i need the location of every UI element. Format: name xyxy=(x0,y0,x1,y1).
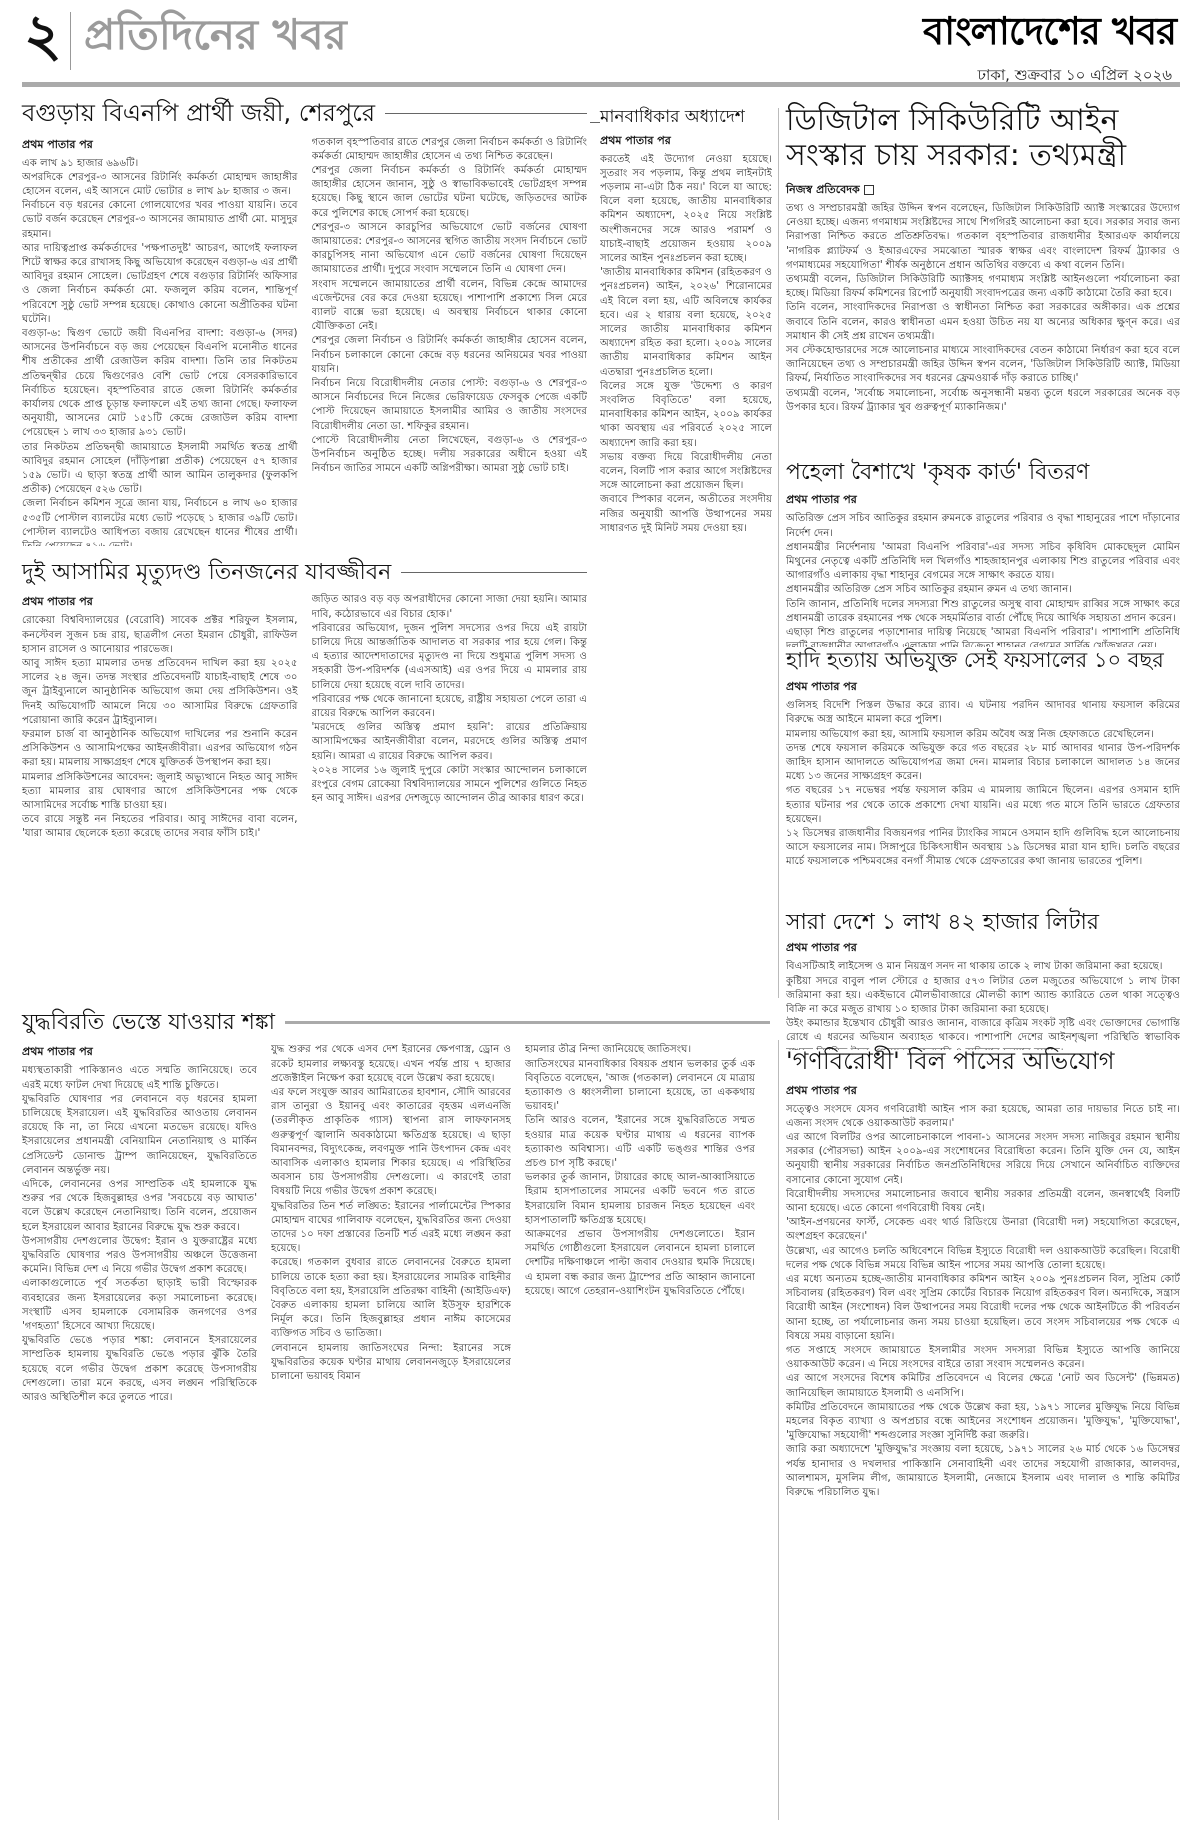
paragraph: করেছে। গতকাল বুধবার রাতে লেবাননের বৈরুতে… xyxy=(271,1256,511,1341)
paragraph: ফরমাল চার্জ বা আনুষ্ঠানিক অভিযোগ দাখিলের… xyxy=(22,728,298,771)
paragraph: ১২ ডিসেম্বর রাজধানীর বিজয়নগর পানির ট্যা… xyxy=(786,827,1180,870)
paragraph: তথ্যমন্ত্রী বলেন, 'সর্বোচ্চ সমালোচনা, সর… xyxy=(786,387,1180,415)
paragraph: মধ্যস্থতাকারী পাকিস্তানও এতে সম্মতি জানি… xyxy=(22,1064,257,1092)
article-body: জড়িত আরও বড় বড় অপরাধীদের কোনো সাজা দে… xyxy=(312,593,588,806)
paragraph: তথ্যমন্ত্রী বলেন, ডিজিটাল সিকিউরিটি অ্যা… xyxy=(786,273,1180,301)
paragraph: গুলিসহ বিদেশি পিস্তল উদ্ধার করে র‍্যাব। … xyxy=(786,699,1180,727)
paragraph: এর আগে বিলটির ওপর আলোচনাকালে পাবনা-১ আসন… xyxy=(786,1131,1180,1188)
paragraph: পোস্টে বিরোধীদলীয় নেতা লিখেছেন, বগুড়া-… xyxy=(312,434,588,477)
paragraph: অপরদিকে শেরপুর-৩ আসনের রিটার্নিং কর্মকর্… xyxy=(22,171,298,199)
paragraph: করতেই এই উদ্যোগ নেওয়া হয়েছে। সুতরাং সব… xyxy=(600,153,772,267)
page-number: ২ xyxy=(24,6,62,64)
headline: যুদ্ধবিরতি ভেস্তে যাওয়ার শঙ্কা xyxy=(22,1010,275,1035)
header-rule xyxy=(22,82,1180,87)
byline: নিজস্ব প্রতিবেদক xyxy=(786,183,860,196)
paragraph: তথ্য ও সম্প্রচারমন্ত্রী জহির উদ্দিন স্বপ… xyxy=(786,202,1180,273)
paragraph: প্রধানমন্ত্রীর অতিরিক্ত প্রেস সচিব আতিকু… xyxy=(786,583,1180,597)
section-title: প্রতিদিনের খবর xyxy=(84,14,347,56)
continued-label: প্রথম পাতার পর xyxy=(786,939,1180,958)
headline: দুই আসামির মৃত্যুদণ্ড তিনজনের যাবজ্জীবন xyxy=(22,560,391,585)
paragraph: অতিরিক্ত প্রেস সচিব আতিকুর রহমান রুমনকে … xyxy=(786,512,1180,540)
paragraph: ২০২৪ সালের ১৬ জুলাই দুপুরে কোটা সংস্কার … xyxy=(312,764,588,807)
article-digital-security: ডিজিটাল সিকিউরিটি আইন সংস্কার চায় সরকার… xyxy=(786,104,1180,454)
paragraph: আর দায়িত্বপ্রাপ্ত কর্মকর্তাদের 'পক্ষপাত… xyxy=(22,242,298,327)
article-body: তথ্য ও সম্প্রচারমন্ত্রী জহির উদ্দিন স্বপ… xyxy=(786,202,1180,437)
paragraph: গত বছরের ১৭ নভেম্বর পর্যন্ত ফয়সাল করিম … xyxy=(786,784,1180,827)
article-body: এক লাখ ৯১ হাজার ৬৯৬টি। অপরদিকে শেরপুর-৩ … xyxy=(22,157,298,546)
article-body: সত্ত্বেও সংসদে যেসব গণবিরোধী আইন পাস করা… xyxy=(786,1103,1180,1833)
article-column: প্রথম পাতার পর রোকেয়া বিশ্ববিদ্যালয়ের … xyxy=(22,593,298,988)
paragraph: তিনি আরও বলেন, 'ইরানের সঙ্গে যুদ্ধবিরতিত… xyxy=(525,1114,755,1171)
headline: সারা দেশে ১ লাখ ৪২ হাজার লিটার xyxy=(786,910,1180,935)
headline-rule xyxy=(385,113,587,114)
byline-box-icon xyxy=(864,185,874,195)
article-column: গতকাল বৃহস্পতিবার রাতে শেরপুর জেলা নির্ব… xyxy=(312,136,588,546)
paragraph: সংবাদ সম্মেলনে জামায়াতের প্রার্থী বলেন,… xyxy=(312,278,588,335)
continued-label: প্রথম পাতার পর xyxy=(600,132,772,151)
paragraph: কমিটির প্রতিবেদনে জামায়াতের পক্ষ থেকে উ… xyxy=(786,1401,1180,1444)
paragraph: 'মরদেহে গুলির অস্তিত্ব প্রমাণ হয়নি': রা… xyxy=(312,721,588,764)
paragraph: জড়িত আরও বড় বড় অপরাধীদের কোনো সাজা দে… xyxy=(312,593,588,621)
article-column: যুদ্ধ শুরুর পর থেকে এসব দেশ ইরানের ক্ষেপ… xyxy=(271,1043,511,1813)
article-column: প্রথম পাতার পর মধ্যস্থতাকারী পাকিস্তানও … xyxy=(22,1043,257,1813)
paragraph: হামলার তীব্র নিন্দা জানিয়েছে জাতিসংঘ। xyxy=(525,1043,755,1057)
paragraph: সব স্টেকহোল্ডারদের সঙ্গে আলোচনার মাধ্যমে… xyxy=(786,344,1180,387)
article-column: হামলার তীব্র নিন্দা জানিয়েছে জাতিসংঘ। জ… xyxy=(525,1043,755,1813)
paragraph: মামলার প্রসিকিউশনের আবেদন: জুলাই অভ্যুত্… xyxy=(22,771,298,814)
paragraph: গত সপ্তাহে সংসদে জামায়াতে ইসলামীর সংসদ … xyxy=(786,1344,1180,1372)
paragraph: আবু সাঈদ হত্যা মামলার তদন্ত প্রতিবেদন দা… xyxy=(22,657,298,728)
paragraph: ভলকার তুর্ক জানান, টায়ারের কাছে আল-আব্ব… xyxy=(525,1171,755,1228)
article-body: হামলার তীব্র নিন্দা জানিয়েছে জাতিসংঘ। জ… xyxy=(525,1043,755,1299)
paragraph: এর মধ্যে অন্যতম হচ্ছে-জাতীয় মানবাধিকার … xyxy=(786,1273,1180,1344)
article-anti-people-bill: 'গণবিরোধী' বিল পাসের অভিযোগ প্রথম পাতার … xyxy=(786,1048,1180,1828)
article-body: গতকাল বৃহস্পতিবার রাতে শেরপুর জেলা নির্ব… xyxy=(312,136,588,477)
headline-line-2: সংস্কার চায় সরকার: তথ্যমন্ত্রী xyxy=(786,139,1180,174)
paragraph: জাতিসংঘের মানবাধিকার বিষয়ক প্রধান ভলকার… xyxy=(525,1058,755,1115)
paragraph: এর আগে সংসদের বিশেষ কমিটির প্রতিবেদনে এ … xyxy=(786,1372,1180,1400)
column-divider xyxy=(778,108,779,998)
paragraph: লেবাননে হামলায় জাতিসংঘের নিন্দা: ইরানের… xyxy=(271,1342,511,1385)
paragraph: তার নিকটতম প্রতিদ্বন্দ্বী জামায়াতে ইসলা… xyxy=(22,441,298,498)
article-column: জড়িত আরও বড় বড় অপরাধীদের কোনো সাজা দে… xyxy=(312,593,588,988)
paragraph: তবে রায়ে সন্তুষ্ট নন নিহতের পরিবার। আবু… xyxy=(22,813,298,841)
headline-rule xyxy=(590,122,600,123)
headline: 'গণবিরোধী' বিল পাসের অভিযোগ xyxy=(786,1048,1180,1076)
paragraph: শেরপুর জেলা নির্বাচন ও রিটার্নিং কর্মকর্… xyxy=(312,334,588,377)
paragraph: এলাকাগুলোতে পূর্ব সতর্কতা ছাড়াই ভারী বি… xyxy=(22,1277,257,1334)
continued-label: প্রথম পাতার পর xyxy=(786,678,1180,697)
article-body: করতেই এই উদ্যোগ নেওয়া হয়েছে। সুতরাং সব… xyxy=(600,153,772,1003)
paragraph: যুদ্ধবিরতি ভেঙে পড়ার শঙ্কা: লেবাননে ইসর… xyxy=(22,1334,257,1405)
article-hadi-murder: হাদি হত্যায় অভিযুক্ত সেই ফয়সালের ১০ বছ… xyxy=(786,648,1180,908)
paragraph: তিনি বলেন, সাংবাদিকদের নিরাপত্তা ও স্বাধ… xyxy=(786,301,1180,344)
headline: পহেলা বৈশাখে 'কৃষক কার্ড' বিতরণ xyxy=(786,460,1180,485)
headline: বগুড়ায় বিএনপি প্রার্থী জয়ী, শেরপুরে xyxy=(22,100,375,128)
paragraph: বগুড়া-৬: দ্বিগুণ ভোটে জয়ী বিএনপির বাদশ… xyxy=(22,327,298,441)
paragraph: এক লাখ ৯১ হাজার ৬৯৬টি। xyxy=(22,157,298,171)
paragraph: যুদ্ধবিরতি ঘোষণার পর লেবাননে বড় ধরনের হ… xyxy=(22,1093,257,1178)
paragraph: 'আইন-প্রণয়নের ফার্স্ট, সেকেন্ড এবং থার্… xyxy=(786,1216,1180,1244)
paragraph: পরিবারের পক্ষ থেকে জানানো হয়েছে, রাষ্ট্… xyxy=(312,693,588,721)
paragraph: উইং কমান্ডার ইন্তেখাব চৌধুরী আরও জানান, … xyxy=(786,1017,1180,1050)
article-ceasefire: যুদ্ধবিরতি ভেস্তে যাওয়ার শঙ্কা প্রথম পা… xyxy=(22,1010,770,1820)
paragraph: শেরপুর জেলা নির্বাচন কর্মকর্তা ও রিটার্ন… xyxy=(312,164,588,221)
paragraph: নির্বাচনে বড় ধরনের কোনো গোলযোগের খবর পা… xyxy=(22,199,298,242)
article-bogura: বগুড়ায় বিএনপি প্রার্থী জয়ী, শেরপুরে প… xyxy=(22,100,587,560)
paragraph: তিনি জানান, প্রতিনিধি দলের সদস্যরা শিশু … xyxy=(786,598,1180,626)
newspaper-masthead: বাংলাদেশের খবর xyxy=(923,12,1176,50)
article-column: প্রথম পাতার পর এক লাখ ৯১ হাজার ৬৯৬টি। অপ… xyxy=(22,136,298,546)
headline-rule xyxy=(401,572,587,573)
paragraph: এছাড়া শিশু রাতুলের পড়াশোনার দায়িত্ব ন… xyxy=(786,626,1180,647)
continued-label: প্রথম পাতার পর xyxy=(786,1082,1180,1101)
article-body: রোকেয়া বিশ্ববিদ্যালয়ের (বেরোবি) সাবেক … xyxy=(22,614,298,841)
continued-label: প্রথম পাতার পর xyxy=(786,491,1180,510)
paragraph: প্রধানমন্ত্রীর নির্দেশনায় 'আমরা বিএনপি … xyxy=(786,541,1180,584)
paragraph: 'জাতীয় মানবাধিকার কমিশন (রহিতকরণ ও পুনঃ… xyxy=(600,266,772,380)
paragraph: রোকেয়া বিশ্ববিদ্যালয়ের (বেরোবি) সাবেক … xyxy=(22,614,298,657)
article-death-sentence: দুই আসামির মৃত্যুদণ্ড তিনজনের যাবজ্জীবন … xyxy=(22,560,587,1000)
paragraph: সত্ত্বেও সংসদে যেসব গণবিরোধী আইন পাস করা… xyxy=(786,1103,1180,1131)
paragraph: তদন্ত শেষে ফয়সাল করিমকে অভিযুক্ত করে গত… xyxy=(786,742,1180,785)
paragraph: বিএসটিআই লাইসেন্স ও মান নিয়ন্ত্রণ সনদ ন… xyxy=(786,960,1180,974)
headline-line-1: ডিজিটাল সিকিউরিটি আইন xyxy=(786,104,1180,139)
article-body: অতিরিক্ত প্রেস সচিব আতিকুর রহমান রুমনকে … xyxy=(786,512,1180,647)
paragraph: কুষ্টিয়া সদরে বাবুল পাল স্টোরে ৫ হাজার … xyxy=(786,975,1180,1018)
continued-label: প্রথম পাতার পর xyxy=(22,593,298,612)
headline-rule xyxy=(285,1021,770,1024)
paragraph: নির্বাচন নিয়ে বিরোধীদলীয় নেতার পোস্ট: … xyxy=(312,377,588,434)
paragraph: জেলা নির্বাচন কমিশন সূত্রে জানা যায়, নি… xyxy=(22,497,298,545)
headline: মানবাধিকার অধ্যাদেশ xyxy=(600,108,772,128)
article-oil-seizure: সারা দেশে ১ লাখ ৪২ হাজার লিটার প্রথম পাত… xyxy=(786,910,1180,1040)
paragraph: জবাবে স্পিকার বলেন, অতীতের সংসদীয় নজির … xyxy=(600,493,772,536)
paragraph: যুদ্ধ শুরুর পর থেকে এসব দেশ ইরানের ক্ষেপ… xyxy=(271,1043,511,1086)
paragraph: উল্লেখ্য, এর আগেও চলতি অধিবেশনে বিভিন্ন … xyxy=(786,1245,1180,1273)
header-divider xyxy=(70,12,71,70)
article-body: গুলিসহ বিদেশি পিস্তল উদ্ধার করে র‍্যাব। … xyxy=(786,699,1180,909)
article-human-rights: মানবাধিকার অধ্যাদেশ প্রথম পাতার পর করতেই… xyxy=(600,108,772,998)
continued-label: প্রথম পাতার পর xyxy=(22,1043,257,1062)
paragraph: বিরোধীদলীয় সদস্যদের সমালোচনার জবাবে স্থ… xyxy=(786,1188,1180,1216)
article-body: মধ্যস্থতাকারী পাকিস্তানও এতে সম্মতি জানি… xyxy=(22,1064,257,1405)
paragraph: এর ফলে সংযুক্ত আরব আমিরাতের হাবশান, সৌদি… xyxy=(271,1086,511,1200)
paragraph: এদিকে, লেবাননের ওপর সাম্প্রতিক এই হামলাক… xyxy=(22,1178,257,1235)
paragraph: পরিবারের অভিযোগ, দুজন পুলিশ সদস্যের ওপর … xyxy=(312,622,588,693)
continued-label: প্রথম পাতার পর xyxy=(22,136,298,155)
column-divider xyxy=(778,1040,779,1820)
article-body: যুদ্ধ শুরুর পর থেকে এসব দেশ ইরানের ক্ষেপ… xyxy=(271,1043,511,1384)
article-body: বিএসটিআই লাইসেন্স ও মান নিয়ন্ত্রণ সনদ ন… xyxy=(786,960,1180,1050)
paragraph: সভায় বক্তব্য দিয়ে বিরোধীদলীয় নেতা বলে… xyxy=(600,451,772,494)
paragraph: জারি করা অধ্যাদেশে 'মুক্তিযুদ্ধ'র সংজ্ঞা… xyxy=(786,1443,1180,1500)
article-krishok-card: পহেলা বৈশাখে 'কৃষক কার্ড' বিতরণ প্রথম পা… xyxy=(786,460,1180,640)
paragraph: উপসাগরীয় দেশগুলোর উদ্বেগ: ইরান ও যুক্তর… xyxy=(22,1235,257,1278)
paragraph: গতকাল বৃহস্পতিবার রাতে শেরপুর জেলা নির্ব… xyxy=(312,136,588,164)
paragraph: যুদ্ধবিরতির তিন শর্ত লঙ্ঘিত: ইরানের পার্… xyxy=(271,1200,511,1257)
paragraph: শেরপুর-৩ আসনে কারচুপির অভিযোগে ভোট বর্জন… xyxy=(312,221,588,278)
headline: হাদি হত্যায় অভিযুক্ত সেই ফয়সালের ১০ বছ… xyxy=(786,648,1180,672)
paragraph: বিলের সঙ্গে যুক্ত 'উদ্দেশ্য ও কারণ সংবলি… xyxy=(600,380,772,451)
paragraph: আক্রমণের প্রভাব উপসাগরীয় দেশগুলোতে। ইরা… xyxy=(525,1228,755,1299)
paragraph: মামলায় অভিযোগ করা হয়, আসামি ফয়সাল করি… xyxy=(786,728,1180,742)
